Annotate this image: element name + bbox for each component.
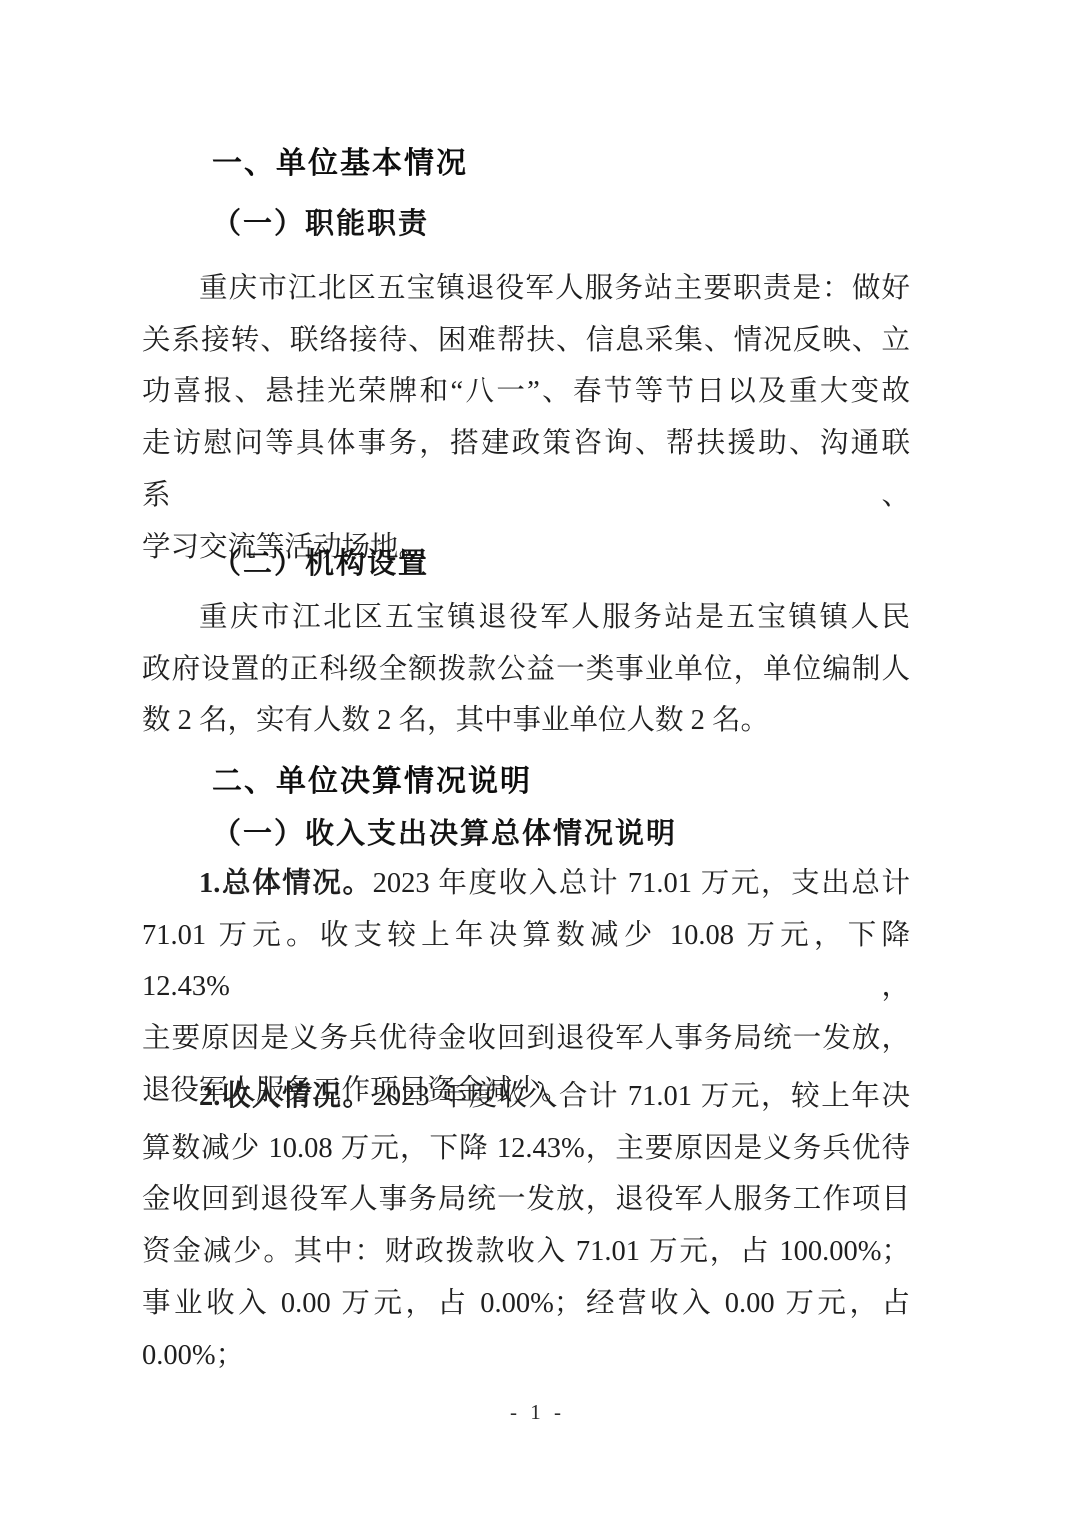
text-line: 重庆市江北区五宝镇退役军人服务站主要职责是：做好 xyxy=(142,263,910,315)
paragraph-income-situation: 2.收入情况。2023 年度收入合计 71.01 万元，较上年决 算数减少 10… xyxy=(142,1071,910,1381)
text-line: 重庆市江北区五宝镇退役军人服务站是五宝镇镇人民 xyxy=(142,592,910,644)
text-line: 金收回到退役军人事务局统一发放，退役军人服务工作项目 xyxy=(142,1174,910,1226)
heading-unit-basic-info: 一、单位基本情况 xyxy=(142,142,980,186)
paragraph-org-setup: 重庆市江北区五宝镇退役军人服务站是五宝镇镇人民 政府设置的正科级全额拨款公益一类… xyxy=(142,592,910,747)
text-line: 功喜报、悬挂光荣牌和“八一”、春节等节日以及重大变故 xyxy=(142,366,910,418)
text-line: 主要原因是义务兵优待金收回到退役军人事务局统一发放， xyxy=(142,1013,910,1065)
paragraph-lead: 1.总体情况。 xyxy=(199,868,373,899)
text-line: 事业收入 0.00 万元，占 0.00%；经营收入 0.00 万元，占 0.00… xyxy=(142,1278,910,1381)
text-line: 关系接转、联络接待、困难帮扶、信息采集、情况反映、立 xyxy=(142,315,910,367)
paragraph-lead: 2.收入情况。 xyxy=(199,1081,373,1112)
text-line: 数 2 名，实有人数 2 名，其中事业单位人数 2 名。 xyxy=(142,695,910,747)
heading-final-accounts: 二、单位决算情况说明 xyxy=(142,760,980,804)
paragraph-duties: 重庆市江北区五宝镇退役军人服务站主要职责是：做好 关系接转、联络接待、困难帮扶、… xyxy=(142,263,910,573)
text-run: 2023 年度收入合计 71.01 万元，较上年决 xyxy=(373,1081,910,1112)
text-run: 2023 年度收入总计 71.01 万元，支出总计 xyxy=(373,868,910,899)
text-line: 资金减少。其中：财政拨款收入 71.01 万元，占 100.00%； xyxy=(142,1226,910,1278)
text-line: 1.总体情况。2023 年度收入总计 71.01 万元，支出总计 xyxy=(142,858,910,910)
heading-duties: （一）职能职责 xyxy=(142,202,980,246)
heading-org-setup: （二）机构设置 xyxy=(142,542,980,586)
text-line: 2.收入情况。2023 年度收入合计 71.01 万元，较上年决 xyxy=(142,1071,910,1123)
text-line: 算数减少 10.08 万元，下降 12.43%，主要原因是义务兵优待 xyxy=(142,1123,910,1175)
page-number: - 1 - xyxy=(0,1400,1075,1425)
text-line: 71.01 万元。收支较上年决算数减少 10.08 万元，下降 12.43%， xyxy=(142,910,910,1013)
document-page: 一、单位基本情况 （一）职能职责 重庆市江北区五宝镇退役军人服务站主要职责是：做… xyxy=(0,0,1075,1520)
text-line: 走访慰问等具体事务，搭建政策咨询、帮扶援助、沟通联系、 xyxy=(142,418,910,521)
text-line: 政府设置的正科级全额拨款公益一类事业单位，单位编制人 xyxy=(142,644,910,696)
heading-income-expense-overview: （一）收入支出决算总体情况说明 xyxy=(142,812,980,856)
